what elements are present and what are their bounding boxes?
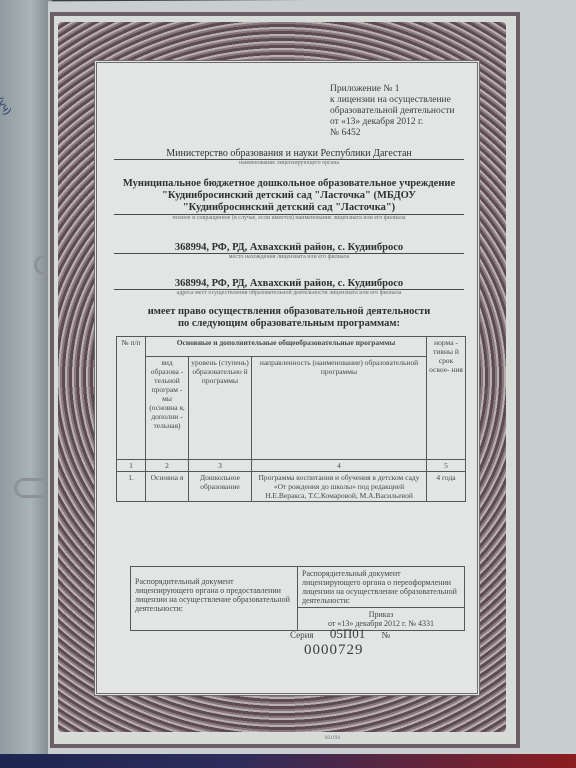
location-caption: место нахождения лицензиата или его фили… xyxy=(114,254,464,260)
appendix-line: от «13» декабря 2012 г. xyxy=(330,117,454,128)
index-cell: 5 xyxy=(427,460,466,472)
number-value: 0000729 xyxy=(304,642,364,658)
orders-table: Распорядительный документ лицензирующего… xyxy=(130,566,465,631)
right-heading-line: имеет право осуществления образовательно… xyxy=(114,306,464,318)
table-surface xyxy=(0,754,576,768)
document-content: Приложение № 1 к лицензии на осуществлен… xyxy=(100,66,470,686)
col-term-header: норма - тивны й срок освое- ния xyxy=(427,337,466,460)
col-no-header: № п/п xyxy=(117,337,146,460)
appendix-header: Приложение № 1 к лицензии на осуществлен… xyxy=(330,84,454,139)
group-header: Основные и дополнительные общеобразовате… xyxy=(146,337,427,357)
activity-address-block: 368994, РФ, РД, Ахвахский район, с. Куди… xyxy=(114,278,464,296)
row-term: 4 года xyxy=(427,472,466,502)
printer-mark: 031194 xyxy=(325,736,340,741)
left-page-binder: (уч) xyxy=(0,0,52,768)
location-value: 368994, РФ, РД, Ахвахский район, с. Куди… xyxy=(114,242,464,254)
col-direction-header: направленность (наименование) образовате… xyxy=(252,357,427,460)
row-type: Основна я xyxy=(146,472,189,502)
index-cell: 1 xyxy=(117,460,146,472)
row-direction: Программа воспитания и обучения в детско… xyxy=(252,472,427,502)
appendix-line: образовательной деятельности xyxy=(330,106,454,117)
right-heading: имеет право осуществления образовательно… xyxy=(114,306,464,330)
series-value: 05П01 xyxy=(330,626,365,641)
col-type-header: вид образова - тельной програм - мы (осн… xyxy=(146,357,189,460)
licensee-caption: полное и сокращенное (в случае, если име… xyxy=(114,215,464,221)
licensee-name-line: "Кудиибросинский детский сад "Ласточка") xyxy=(114,202,464,215)
order-line: Приказ xyxy=(302,610,460,619)
appendix-line: № 6452 xyxy=(330,128,454,139)
index-row: 1 2 3 4 5 xyxy=(117,460,466,472)
row-no: 1. xyxy=(117,472,146,502)
reissue-order-label: Распорядительный документ лицензирующего… xyxy=(298,567,465,608)
index-cell: 3 xyxy=(189,460,252,472)
number-label: № xyxy=(381,630,390,640)
row-level: Дошкольное образование xyxy=(189,472,252,502)
activity-address-caption: адреса мест осуществления образовательно… xyxy=(114,290,464,296)
table-row: 1. Основна я Дошкольное образование Прог… xyxy=(117,472,466,502)
handwriting-note: (уч) xyxy=(0,95,14,117)
authority-caption: наименование лицензирующего органа xyxy=(114,160,464,166)
form-number: Серия 05П01 № 0000729 xyxy=(290,626,470,659)
appendix-line: Приложение № 1 xyxy=(330,84,454,95)
right-heading-line: по следующим образовательным программам: xyxy=(114,318,464,330)
series-label: Серия xyxy=(290,630,314,640)
index-cell: 4 xyxy=(252,460,427,472)
index-cell: 2 xyxy=(146,460,189,472)
programs-table: № п/п Основные и дополнительные общеобра… xyxy=(116,336,466,502)
licensee-block: Муниципальное бюджетное дошкольное образ… xyxy=(114,178,464,221)
licensee-name-line: Муниципальное бюджетное дошкольное образ… xyxy=(114,178,464,190)
col-level-header: уровень (ступень) образовательно й прогр… xyxy=(189,357,252,460)
authority-name: Министерство образования и науки Республ… xyxy=(114,148,464,160)
location-block: 368994, РФ, РД, Ахвахский район, с. Куди… xyxy=(114,242,464,260)
appendix-line: к лицензии на осуществление xyxy=(330,95,454,106)
licensee-name-line: "Кудиибросинский детский сад "Ласточка" … xyxy=(114,190,464,202)
authority-block: Министерство образования и науки Республ… xyxy=(114,148,464,166)
activity-address-value: 368994, РФ, РД, Ахвахский район, с. Куди… xyxy=(114,278,464,290)
grant-order-label: Распорядительный документ лицензирующего… xyxy=(131,567,298,631)
